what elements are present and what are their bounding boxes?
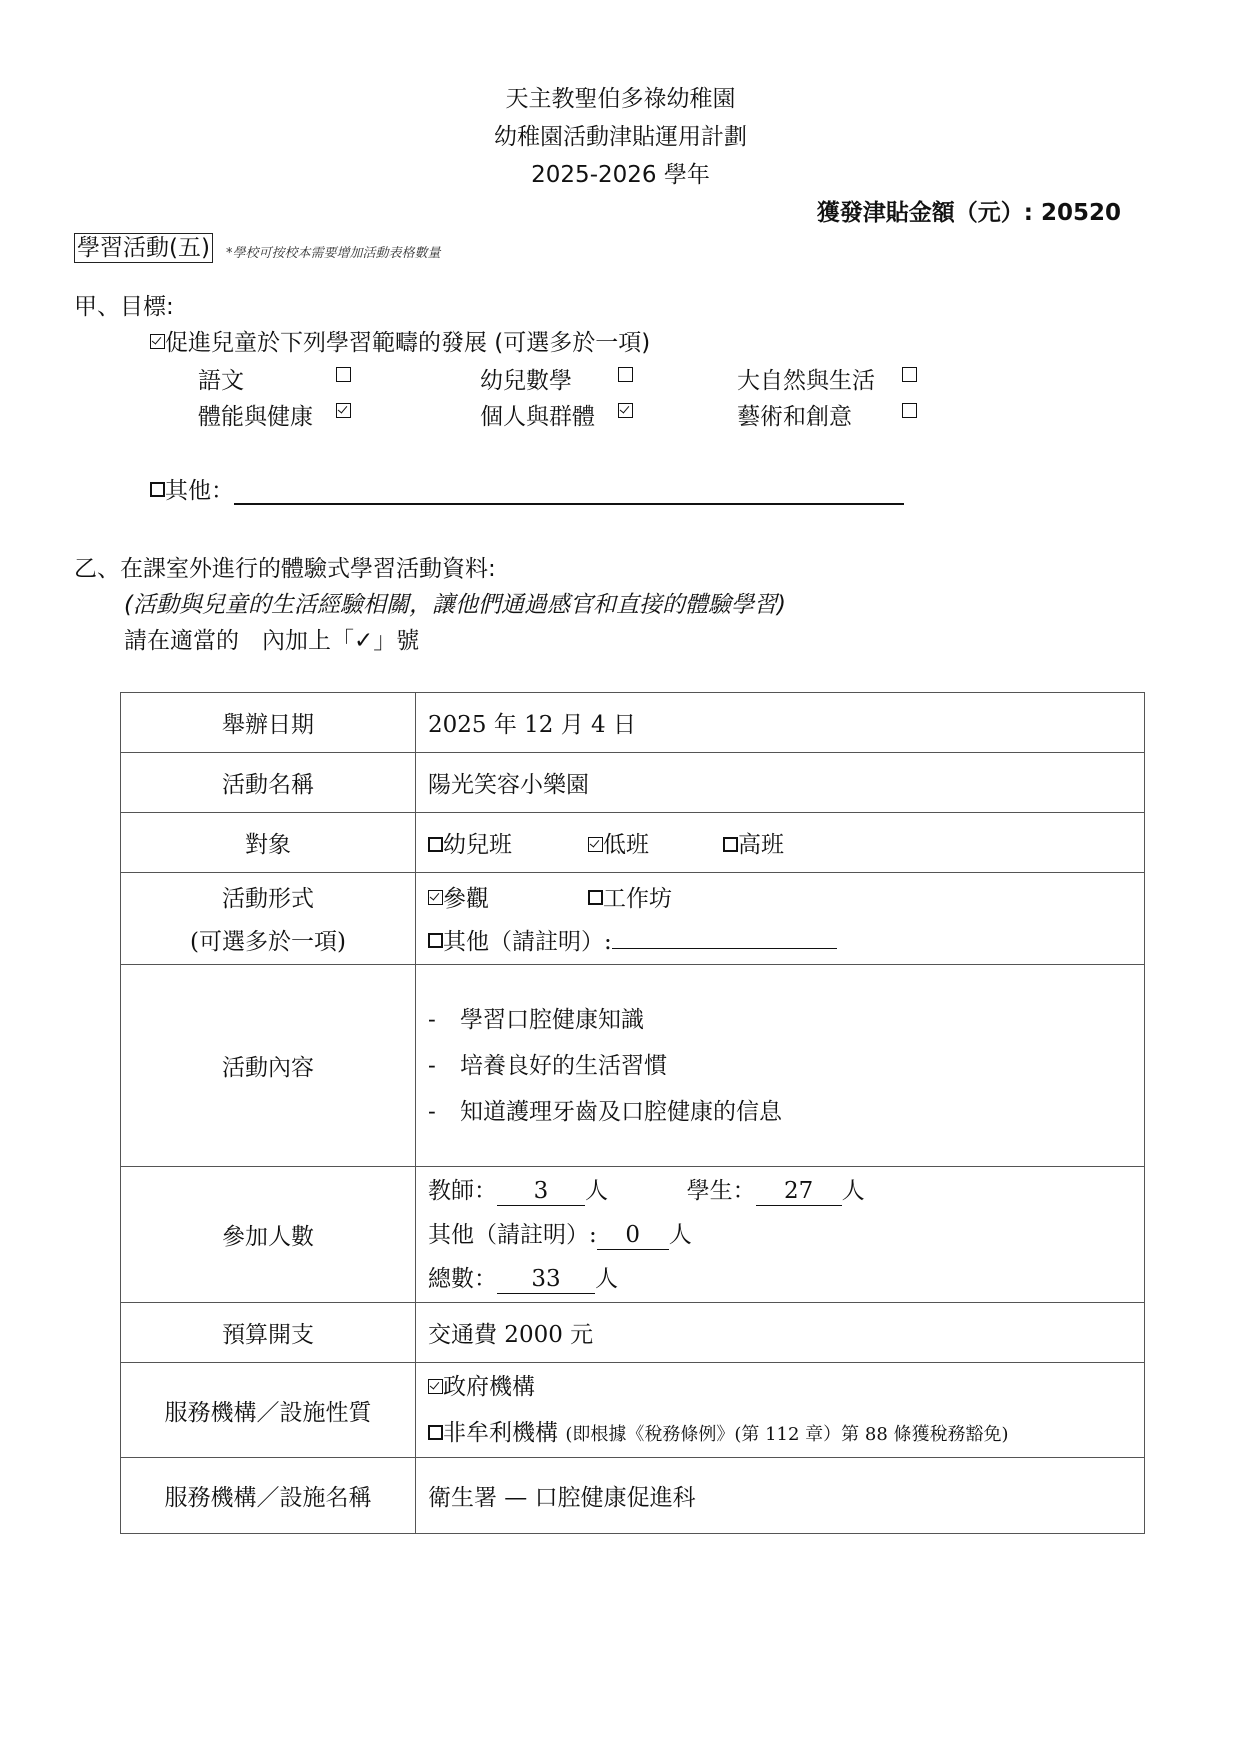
- participants-values: 教師：3人 學生：27人 其他（請註明）:0人 總數：33人: [416, 1167, 1145, 1303]
- option-label: 幼兒班: [443, 832, 512, 858]
- objective-other[interactable]: 其他：: [150, 472, 904, 505]
- option-label: 工作坊: [603, 886, 672, 912]
- section-note: *學校可按校本需要增加活動表格數量: [226, 242, 441, 261]
- table-row-participants: 參加人數 教師：3人 學生：27人 其他（請註明）:0人 總數：33人: [121, 1167, 1145, 1303]
- table-row-format: 活動形式 (可選多於一項) 參觀工作坊 其他（請註明）:: [121, 873, 1145, 965]
- table-row-budget: 預算開支 交通費 2000 元: [121, 1303, 1145, 1363]
- activity-table: 舉辦日期 2025 年 12 月 4 日 活動名稱 陽光笑容小樂園 對象 幼兒班…: [120, 692, 1145, 1534]
- target-option[interactable]: 低班: [588, 826, 723, 859]
- format-label-line1: 活動形式: [122, 876, 414, 922]
- other-label: 其他：: [165, 478, 234, 504]
- unit-label: 人: [595, 1266, 618, 1292]
- other-input-line[interactable]: [234, 479, 904, 505]
- table-row-org-name: 服務機構／設施名稱 衛生署 — 口腔健康促進科: [121, 1458, 1145, 1534]
- name-value: 陽光笑容小樂園: [416, 753, 1145, 813]
- checkbox-checked-icon[interactable]: [428, 1379, 443, 1394]
- section-title: 學習活動(五): [74, 233, 213, 263]
- content-label: 活動內容: [121, 965, 416, 1167]
- format-option[interactable]: 參觀: [428, 876, 588, 922]
- checkbox-checked-icon[interactable]: [618, 403, 633, 418]
- checkbox-empty-icon[interactable]: [428, 837, 443, 852]
- total-count[interactable]: 33: [497, 1265, 595, 1294]
- list-item: -知道護理牙齒及口腔健康的信息: [428, 1089, 1143, 1135]
- option-label: 低班: [603, 832, 649, 858]
- unit-label: 人: [669, 1222, 692, 1248]
- activity-subheading: (活動與兒童的生活經驗相關，讓他們通過感官和直接的體驗學習): [124, 586, 786, 619]
- name-label: 活動名稱: [121, 753, 416, 813]
- grant-amount: 20520: [1041, 200, 1121, 226]
- students-count[interactable]: 27: [756, 1177, 842, 1206]
- target-label: 對象: [121, 813, 416, 873]
- objective-main-label: 促進兒童於下列學習範疇的發展 (可選多於一項): [165, 330, 650, 356]
- target-option[interactable]: 高班: [723, 832, 784, 858]
- domain-label: 個人與群體: [480, 404, 595, 430]
- content-item-text: 知道護理牙齒及口腔健康的信息: [460, 1099, 782, 1125]
- table-row-target: 對象 幼兒班低班高班: [121, 813, 1145, 873]
- domain-self-society[interactable]: 個人與群體: [480, 398, 595, 431]
- domain-label: 體能與健康: [198, 404, 313, 430]
- org-name-label: 服務機構／設施名稱: [121, 1458, 416, 1534]
- org-type-option[interactable]: 非牟利機構 (即根據《稅務條例》(第 112 章）第 88 條獲稅務豁免): [428, 1410, 1143, 1456]
- checkbox-checked-icon[interactable]: [336, 403, 351, 418]
- domain-math[interactable]: 幼兒數學: [480, 362, 572, 395]
- format-label: 活動形式 (可選多於一項): [121, 873, 416, 965]
- grant-amount-line: 獲發津貼金額（元）: 20520: [817, 194, 1121, 227]
- checkbox-empty-icon[interactable]: [428, 933, 443, 948]
- others-label: 其他（請註明）:: [428, 1222, 597, 1248]
- checkbox-empty-icon[interactable]: [150, 482, 165, 497]
- checkbox-checked-icon[interactable]: [150, 334, 165, 349]
- checkbox-empty-icon[interactable]: [618, 367, 633, 382]
- school-name: 天主教聖伯多祿幼稚園: [0, 80, 1241, 113]
- teachers-label: 教師：: [428, 1178, 497, 1204]
- list-item: -學習口腔健康知識: [428, 997, 1143, 1043]
- domain-arts[interactable]: 藝術和創意: [737, 398, 852, 431]
- format-other[interactable]: 其他（請註明）:: [428, 922, 1143, 962]
- date-label: 舉辦日期: [121, 693, 416, 753]
- checkbox-empty-icon[interactable]: [723, 837, 738, 852]
- format-label-line2: (可選多於一項): [122, 922, 414, 962]
- domain-label: 幼兒數學: [480, 368, 572, 394]
- checkbox-empty-icon[interactable]: [902, 367, 917, 382]
- teachers-count[interactable]: 3: [497, 1177, 585, 1206]
- option-label: 政府機構: [443, 1374, 535, 1400]
- students-label: 學生：: [687, 1178, 756, 1204]
- table-row-name: 活動名稱 陽光笑容小樂園: [121, 753, 1145, 813]
- objective-main-option[interactable]: 促進兒童於下列學習範疇的發展 (可選多於一項): [150, 324, 650, 357]
- total-label: 總數：: [428, 1266, 497, 1292]
- others-count[interactable]: 0: [597, 1221, 669, 1250]
- org-name-value: 衛生署 — 口腔健康促進科: [416, 1458, 1145, 1534]
- org-type-option[interactable]: 政府機構: [428, 1364, 1143, 1410]
- checkbox-checked-icon[interactable]: [428, 890, 443, 905]
- table-row-content: 活動內容 -學習口腔健康知識 -培養良好的生活習慣 -知道護理牙齒及口腔健康的信…: [121, 965, 1145, 1167]
- checkbox-empty-icon[interactable]: [588, 890, 603, 905]
- domain-label: 大自然與生活: [737, 368, 875, 394]
- checkbox-empty-icon[interactable]: [428, 1425, 443, 1440]
- unit-label: 人: [585, 1178, 608, 1204]
- target-option[interactable]: 幼兒班: [428, 826, 588, 859]
- format-option[interactable]: 工作坊: [588, 886, 672, 912]
- format-other-input[interactable]: [612, 928, 837, 949]
- school-year: 2025-2026 學年: [0, 156, 1241, 189]
- checkbox-empty-icon[interactable]: [902, 403, 917, 418]
- option-label: 高班: [738, 832, 784, 858]
- org-type-options: 政府機構 非牟利機構 (即根據《稅務條例》(第 112 章）第 88 條獲稅務豁…: [416, 1363, 1145, 1458]
- table-row-date: 舉辦日期 2025 年 12 月 4 日: [121, 693, 1145, 753]
- domain-label: 語文: [198, 368, 244, 394]
- content-item-text: 培養良好的生活習慣: [460, 1053, 667, 1079]
- activity-heading: 乙、在課室外進行的體驗式學習活動資料:: [74, 550, 496, 583]
- budget-label: 預算開支: [121, 1303, 416, 1363]
- instruction: 請在適當的 內加上「✓」號: [124, 622, 419, 655]
- plan-title: 幼稚園活動津貼運用計劃: [0, 118, 1241, 151]
- domain-label: 藝術和創意: [737, 404, 852, 430]
- domain-nature[interactable]: 大自然與生活: [737, 362, 875, 395]
- other-label: 其他（請註明）:: [443, 929, 612, 955]
- table-row-org-type: 服務機構／設施性質 政府機構 非牟利機構 (即根據《稅務條例》(第 112 章）…: [121, 1363, 1145, 1458]
- date-value: 2025 年 12 月 4 日: [416, 693, 1145, 753]
- domain-physical[interactable]: 體能與健康: [198, 398, 313, 431]
- content-item-text: 學習口腔健康知識: [460, 1007, 644, 1033]
- org-type-label: 服務機構／設施性質: [121, 1363, 416, 1458]
- objectives-heading: 甲、目標:: [74, 288, 174, 321]
- option-note: (即根據《稅務條例》(第 112 章）第 88 條獲稅務豁免): [565, 1424, 1008, 1445]
- checkbox-empty-icon[interactable]: [336, 367, 351, 382]
- participants-label: 參加人數: [121, 1167, 416, 1303]
- domain-language[interactable]: 語文: [198, 362, 244, 395]
- target-options: 幼兒班低班高班: [416, 813, 1145, 873]
- grant-label: 獲發津貼金額（元）:: [817, 200, 1033, 226]
- option-label: 參觀: [443, 886, 489, 912]
- option-label: 非牟利機構: [443, 1420, 558, 1446]
- format-options: 參觀工作坊 其他（請註明）:: [416, 873, 1145, 965]
- checkbox-checked-icon[interactable]: [588, 837, 603, 852]
- unit-label: 人: [842, 1178, 865, 1204]
- content-list: -學習口腔健康知識 -培養良好的生活習慣 -知道護理牙齒及口腔健康的信息: [416, 965, 1145, 1167]
- budget-value: 交通費 2000 元: [416, 1303, 1145, 1363]
- list-item: -培養良好的生活習慣: [428, 1043, 1143, 1089]
